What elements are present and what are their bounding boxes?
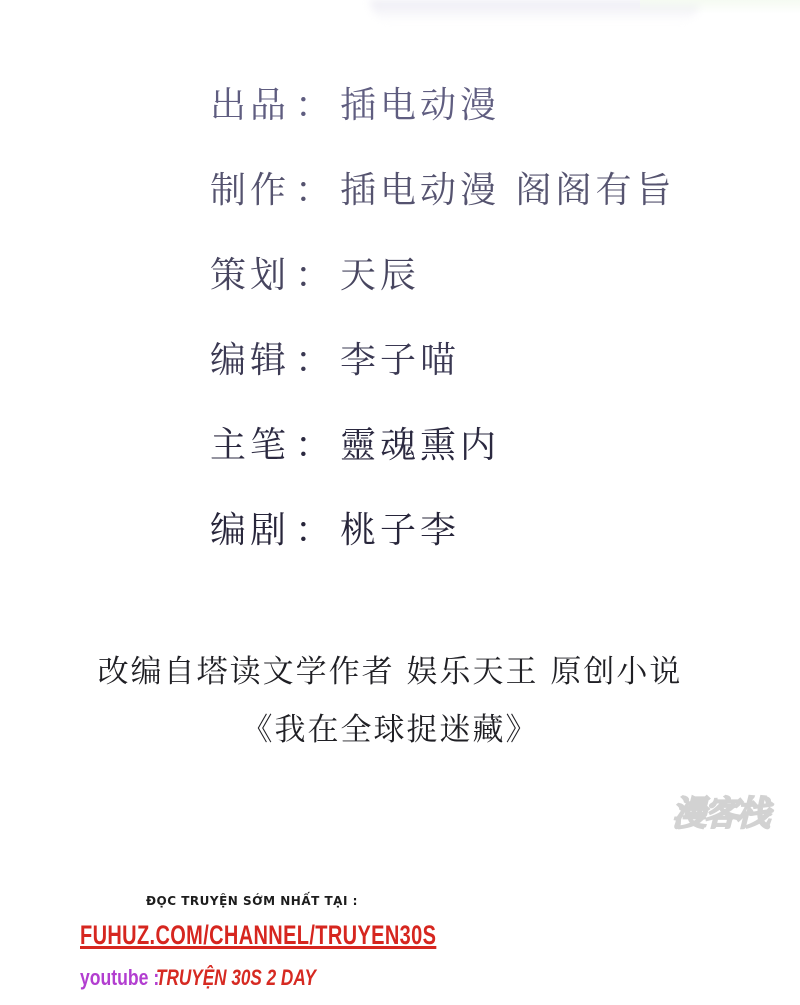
credit-name: 插电动漫 bbox=[340, 80, 500, 132]
watermark-logo: 漫客栈 bbox=[672, 794, 792, 834]
credit-name: 桃子李 bbox=[340, 505, 460, 557]
credit-name: 李子喵 bbox=[340, 335, 460, 387]
credit-row-editor: 编辑 ： 李子喵 bbox=[210, 335, 675, 420]
credit-separator: ： bbox=[290, 420, 340, 472]
youtube-line: youtube :TRUYỆN 30S 2 DAY bbox=[80, 963, 562, 995]
credit-separator: ： bbox=[290, 80, 340, 132]
credit-role: 编辑 bbox=[210, 335, 290, 387]
credit-role: 制作 bbox=[210, 165, 290, 217]
credit-separator: ： bbox=[290, 505, 340, 557]
credit-name: 插电动漫 阁阁有旨 bbox=[340, 165, 675, 217]
credit-row-production: 制作 ： 插电动漫 阁阁有旨 bbox=[210, 165, 675, 250]
adaptation-source: 改编自塔读文学作者 娱乐天王 原创小说 《我在全球捉迷藏》 bbox=[0, 648, 780, 764]
promo-block: ĐỌC TRUYỆN SỚM NHẤT TẠI : FUHUZ.COM/CHAN… bbox=[80, 893, 562, 995]
credit-separator: ： bbox=[290, 165, 340, 217]
credit-row-screenwriter: 编剧 ： 桃子李 bbox=[210, 505, 675, 590]
promo-link[interactable]: FUHUZ.COM/CHANNEL/TRUYEN30S bbox=[80, 919, 436, 951]
credits-list: 出品 ： 插电动漫 制作 ： 插电动漫 阁阁有旨 策划 ： 天辰 编辑 ： 李子… bbox=[210, 80, 675, 590]
credit-name: 天辰 bbox=[340, 250, 420, 302]
promo-caption: ĐỌC TRUYỆN SỚM NHẤT TẠI : bbox=[146, 893, 562, 909]
youtube-label: youtube : bbox=[80, 963, 141, 993]
source-attribution: 改编自塔读文学作者 娱乐天王 原创小说 bbox=[0, 648, 780, 706]
credit-role: 策划 bbox=[210, 250, 290, 302]
credit-role: 编剧 bbox=[210, 505, 290, 557]
credit-row-planning: 策划 ： 天辰 bbox=[210, 250, 675, 335]
credit-row-lead-artist: 主笔 ： 靈魂熏内 bbox=[210, 420, 675, 505]
credit-name: 靈魂熏内 bbox=[340, 420, 500, 472]
youtube-channel[interactable]: TRUYỆN 30S 2 DAY bbox=[156, 963, 316, 993]
top-tint-decoration bbox=[640, 0, 800, 14]
novel-title: 《我在全球捉迷藏》 bbox=[0, 706, 780, 764]
credit-separator: ： bbox=[290, 250, 340, 302]
credit-role: 出品 bbox=[210, 80, 290, 132]
credit-role: 主笔 bbox=[210, 420, 290, 472]
credit-row-producer: 出品 ： 插电动漫 bbox=[210, 80, 675, 165]
credit-separator: ： bbox=[290, 335, 340, 387]
